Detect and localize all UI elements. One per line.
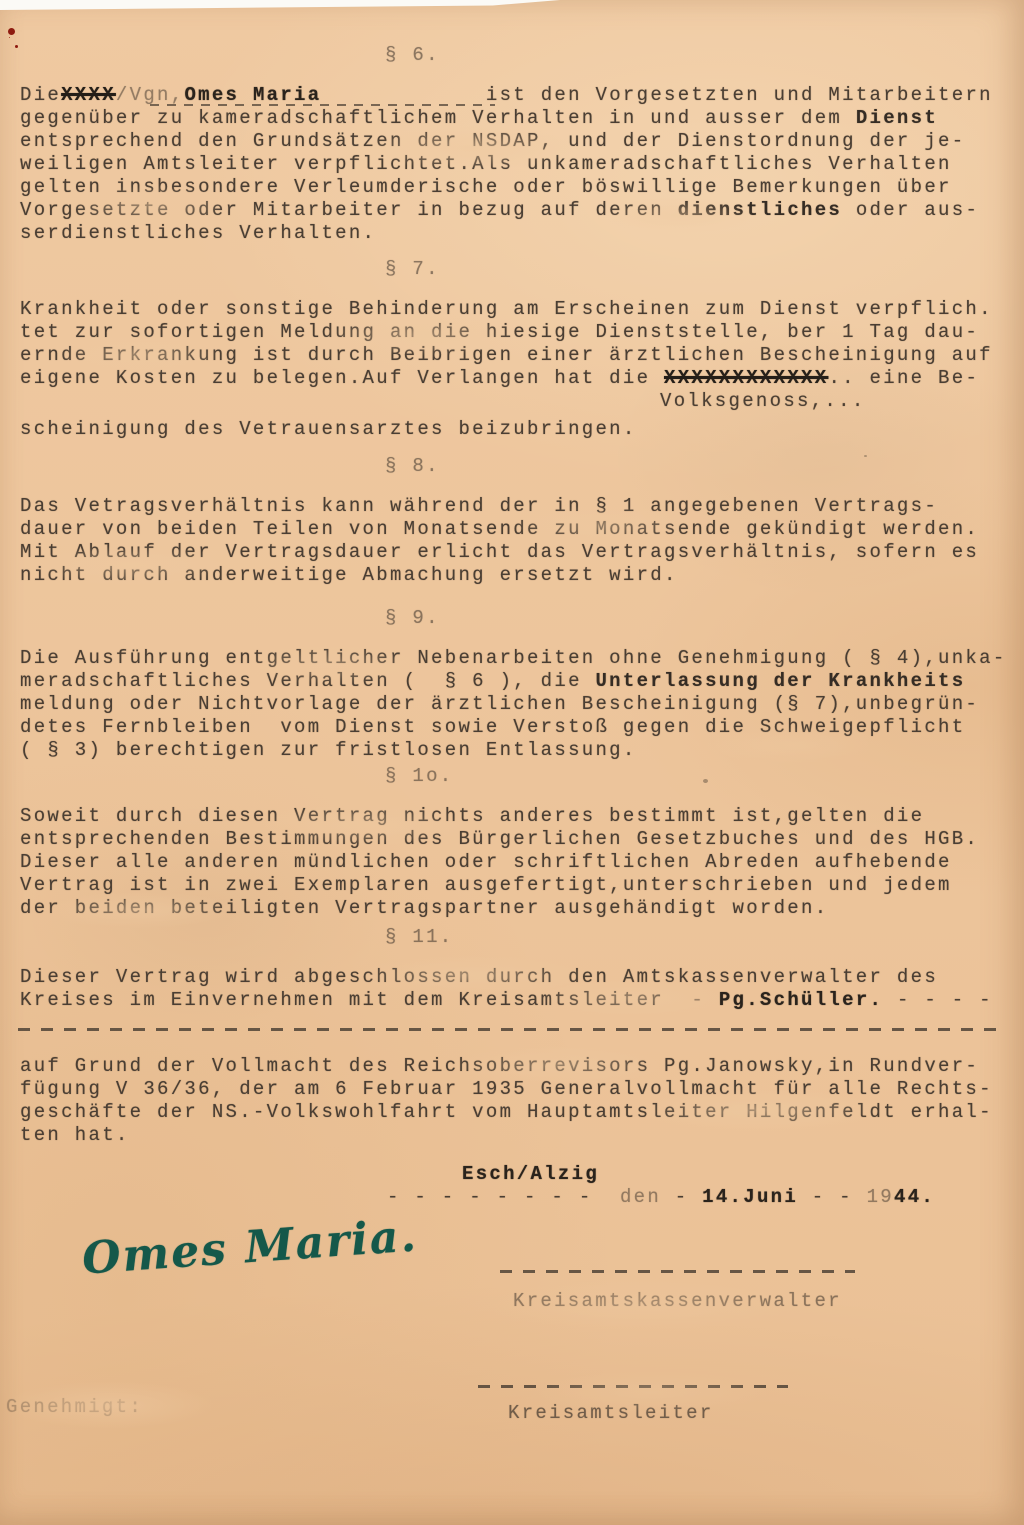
typed-line: Dieser alle anderen mündlichen oder schr… [20, 851, 1012, 874]
typed-line: fügung V 36/36, der am 6 Februar 1935 Ge… [20, 1078, 1012, 1101]
dashed-separator-line [18, 1028, 1006, 1031]
text-run: Vertrag ist in zwei Exemplaren ausgefert… [20, 874, 952, 896]
section-heading: § 6. [20, 44, 1012, 67]
typed-line: Volksgenoss,... [20, 390, 1012, 413]
text-run: Volksgenoss,... [660, 390, 866, 412]
text-run: Esch/Alzig [462, 1163, 599, 1185]
text-run: ernde Erkrankung ist durch Beibrigen ein… [20, 344, 993, 366]
text-run: gelten insbesondere Verleumderische oder… [20, 176, 952, 198]
typed-line: dauer von beiden Teilen von Monatsende z… [20, 518, 1012, 541]
typed-line: scheinigung des Vetrauensarztes beizubri… [20, 418, 1012, 441]
text-run: der beiden beteiligten Vertragspartner a… [20, 897, 828, 919]
text-run: weiligen Amtsleiter verpflichtet.Als unk… [20, 153, 952, 175]
text-run: oder aus- [842, 199, 979, 221]
handwritten-signature: Omes Maria. [82, 1224, 419, 1270]
kassenverwalter-label: Kreisamtskassenverwalter [513, 1290, 842, 1313]
text-run: eigene Kosten zu belegen.Auf Verlangen h… [20, 367, 664, 389]
paragraph-body: Soweit durch diesen Vertrag nichts ander… [20, 805, 1012, 920]
typed-line: Krankheit oder sonstige Behinderung am E… [20, 298, 1012, 321]
typed-line: eigene Kosten zu belegen.Auf Verlangen h… [20, 367, 1012, 390]
text-run: XXXX [61, 84, 116, 106]
text-run: Krankheit oder sonstige Behinderung am E… [20, 298, 993, 320]
place-and-date-block: Esch/Alzig- - - - - - - - den - 14.Juni … [387, 1163, 1007, 1209]
text-run: detes Fernbleiben vom Dienst sowie Verst… [20, 716, 965, 738]
text-run: Dieser alle anderen mündlichen oder schr… [20, 851, 952, 873]
text-run: scheinigung des Vetrauensarztes beizubri… [20, 418, 637, 440]
paragraph-body: Die Ausführung entgeltlicher Nebenarbeit… [20, 647, 1012, 762]
approved-label: Genehmigt: [6, 1396, 143, 1419]
text-run: den [620, 1186, 675, 1208]
section-paragraph-9: § 9. Die Ausführung entgeltlicher Nebena… [20, 607, 1012, 762]
signature-rule-amtsleiter [478, 1385, 788, 1388]
text-run: serdienstliches Verhalten. [20, 222, 376, 244]
red-ink-mark [8, 28, 15, 35]
text-run: 14.Juni [702, 1186, 798, 1208]
typed-line: Soweit durch diesen Vertrag nichts ander… [20, 805, 1012, 828]
typed-line: weiligen Amtsleiter verpflichtet.Als unk… [20, 153, 1012, 176]
text-run: auf Grund der Vollmacht des Reichsoberre… [20, 1055, 979, 1077]
typed-line: tet zur sofortigen Meldung an die hiesig… [20, 321, 1012, 344]
signature-rule-kassenverwalter [500, 1270, 855, 1273]
text-run: /Vgn, [116, 84, 185, 106]
text-run: Omes Maria [184, 84, 321, 106]
text-run: entsprechenden Bestimmungen des Bürgerli… [20, 828, 979, 850]
section-power-of-attorney: auf Grund der Vollmacht des Reichsoberre… [20, 1055, 1012, 1147]
paragraph-body: Dieser Vertrag wird abgeschlossen durch … [20, 966, 1012, 1012]
text-run: meldung oder Nichtvorlage der ärztlichen… [20, 693, 979, 715]
text-run: Pg.Schüller. [719, 989, 883, 1011]
section-heading: § 9. [20, 607, 1012, 630]
typed-line: entsprechend den Grundsätzen der NSDAP, … [20, 130, 1012, 153]
text-run: .. eine Be- [828, 367, 979, 389]
text-run: - [664, 989, 719, 1011]
text-run: - [675, 1186, 702, 1208]
text-run: Die Ausführung entgeltlicher Nebenarbeit… [20, 647, 1007, 669]
paragraph-body: Das Vetragsverhältnis kann während der i… [20, 495, 1012, 587]
typed-line: detes Fernbleiben vom Dienst sowie Verst… [20, 716, 1012, 739]
section-paragraph-6: § 6. DieXXXX/Vgn,Omes Maria ist den Vorg… [20, 44, 1012, 245]
typed-line: ernde Erkrankung ist durch Beibrigen ein… [20, 344, 1012, 367]
scanned-contract-page: § 6. DieXXXX/Vgn,Omes Maria ist den Vorg… [0, 0, 1024, 1525]
paragraph-body: auf Grund der Vollmacht des Reichsoberre… [20, 1055, 1012, 1147]
typed-line: der beiden beteiligten Vertragspartner a… [20, 897, 1012, 920]
typed-line: ( § 3) berechtigen zur fristlosen Entlas… [20, 739, 1012, 762]
typed-line: Das Vetragsverhältnis kann während der i… [20, 495, 1012, 518]
text-run: ist den Vorgesetzten und Mitarbeitern [321, 84, 992, 106]
text-run: Dieser Vertrag wird abgeschlossen durch … [20, 966, 938, 988]
section-heading: § 1o. [20, 765, 1012, 788]
typed-line: gelten insbesondere Verleumderische oder… [20, 176, 1012, 199]
text-run: tet zur sofortigen Meldung an die hiesig… [20, 321, 979, 343]
text-run: nicht durch anderweitige Abmachung erset… [20, 564, 678, 586]
typed-line: Kreises im Einvernehmen mit dem Kreisamt… [20, 989, 1012, 1012]
text-run: dienstliches [678, 199, 842, 221]
text-run: ( § 3) berechtigen zur fristlosen Entlas… [20, 739, 637, 761]
typed-line: serdienstliches Verhalten. [20, 222, 1012, 245]
typed-line: Dieser Vertrag wird abgeschlossen durch … [20, 966, 1012, 989]
typed-line: meldung oder Nichtvorlage der ärztlichen… [20, 693, 1012, 716]
text-run: ten hat. [20, 1124, 130, 1146]
typed-line: gegenüber zu kameradschaftlichem Verhalt… [20, 107, 1012, 130]
text-run: fügung V 36/36, der am 6 Februar 1935 Ge… [20, 1078, 993, 1100]
typed-line: Mit Ablauf der Vertragsdauer erlicht das… [20, 541, 1012, 564]
text-run: gegenüber zu kameradschaftlichem Verhalt… [20, 107, 856, 129]
typed-line: Esch/Alzig [387, 1163, 1007, 1186]
text-run: 44. [894, 1186, 935, 1208]
typed-line: - - - - - - - - den - 14.Juni - - 1944. [387, 1186, 1007, 1209]
text-run: Vorgesetzte oder Mitarbeiter in bezug au… [20, 199, 678, 221]
text-run: Die [20, 84, 61, 106]
text-run: dauer von beiden Teilen von Monatsende z… [20, 518, 979, 540]
date-lines: Esch/Alzig- - - - - - - - den - 14.Juni … [387, 1163, 1007, 1209]
typed-line: geschäfte der NS.-Volkswohlfahrt vom Hau… [20, 1101, 1012, 1124]
text-run: Das Vetragsverhältnis kann während der i… [20, 495, 938, 517]
text-run: geschäfte der NS.-Volkswohlfahrt vom Hau… [20, 1101, 993, 1123]
text-run: Dienst [856, 107, 938, 129]
typed-line: Die Ausführung entgeltlicher Nebenarbeit… [20, 647, 1012, 670]
typed-line: Vorgesetzte oder Mitarbeiter in bezug au… [20, 199, 1012, 222]
text-run: Kreises im Einvernehmen mit dem Kreisamt… [20, 989, 664, 1011]
typed-line: meradschaftliches Verhalten ( § 6 ), die… [20, 670, 1012, 693]
paragraph-body: Krankheit oder sonstige Behinderung am E… [20, 298, 1012, 441]
section-heading: § 11. [20, 926, 1012, 949]
section-paragraph-8: § 8. Das Vetragsverhältnis kann während … [20, 455, 1012, 587]
text-run: - - [798, 1186, 867, 1208]
typed-line: ten hat. [20, 1124, 1012, 1147]
paragraph-body: DieXXXX/Vgn,Omes Maria ist den Vorgesetz… [20, 84, 1012, 245]
typed-line: auf Grund der Vollmacht des Reichsoberre… [20, 1055, 1012, 1078]
amtsleiter-label: Kreisamtsleiter [508, 1402, 714, 1425]
text-run: - - - - - - - - [387, 1186, 620, 1208]
text-run: Soweit durch diesen Vertrag nichts ander… [20, 805, 924, 827]
text-run: entsprechend den Grundsätzen der NSDAP, … [20, 130, 965, 152]
section-paragraph-7: § 7. Krankheit oder sonstige Behinderung… [20, 258, 1012, 441]
text-run: Mit Ablauf der Vertragsdauer erlicht das… [20, 541, 979, 563]
section-heading: § 7. [20, 258, 1012, 281]
text-run: - - - - [883, 989, 993, 1011]
text-run: meradschaftliches Verhalten ( § 6 ), die [20, 670, 595, 692]
typed-line: nicht durch anderweitige Abmachung erset… [20, 564, 1012, 587]
fill-in-underline [150, 104, 495, 106]
section-paragraph-11: § 11. Dieser Vertrag wird abgeschlossen … [20, 926, 1012, 1012]
text-run: 19 [867, 1186, 894, 1208]
typed-line: entsprechenden Bestimmungen des Bürgerli… [20, 828, 1012, 851]
text-run: XXXXXXXXXXXX [664, 367, 828, 389]
section-paragraph-10: § 1o. Soweit durch diesen Vertrag nichts… [20, 765, 1012, 920]
scan-edge-artifact [0, 0, 560, 10]
text-run: Unterlassung der Krankheits [595, 670, 965, 692]
typed-line: Vertrag ist in zwei Exemplaren ausgefert… [20, 874, 1012, 897]
section-heading: § 8. [20, 455, 1012, 478]
